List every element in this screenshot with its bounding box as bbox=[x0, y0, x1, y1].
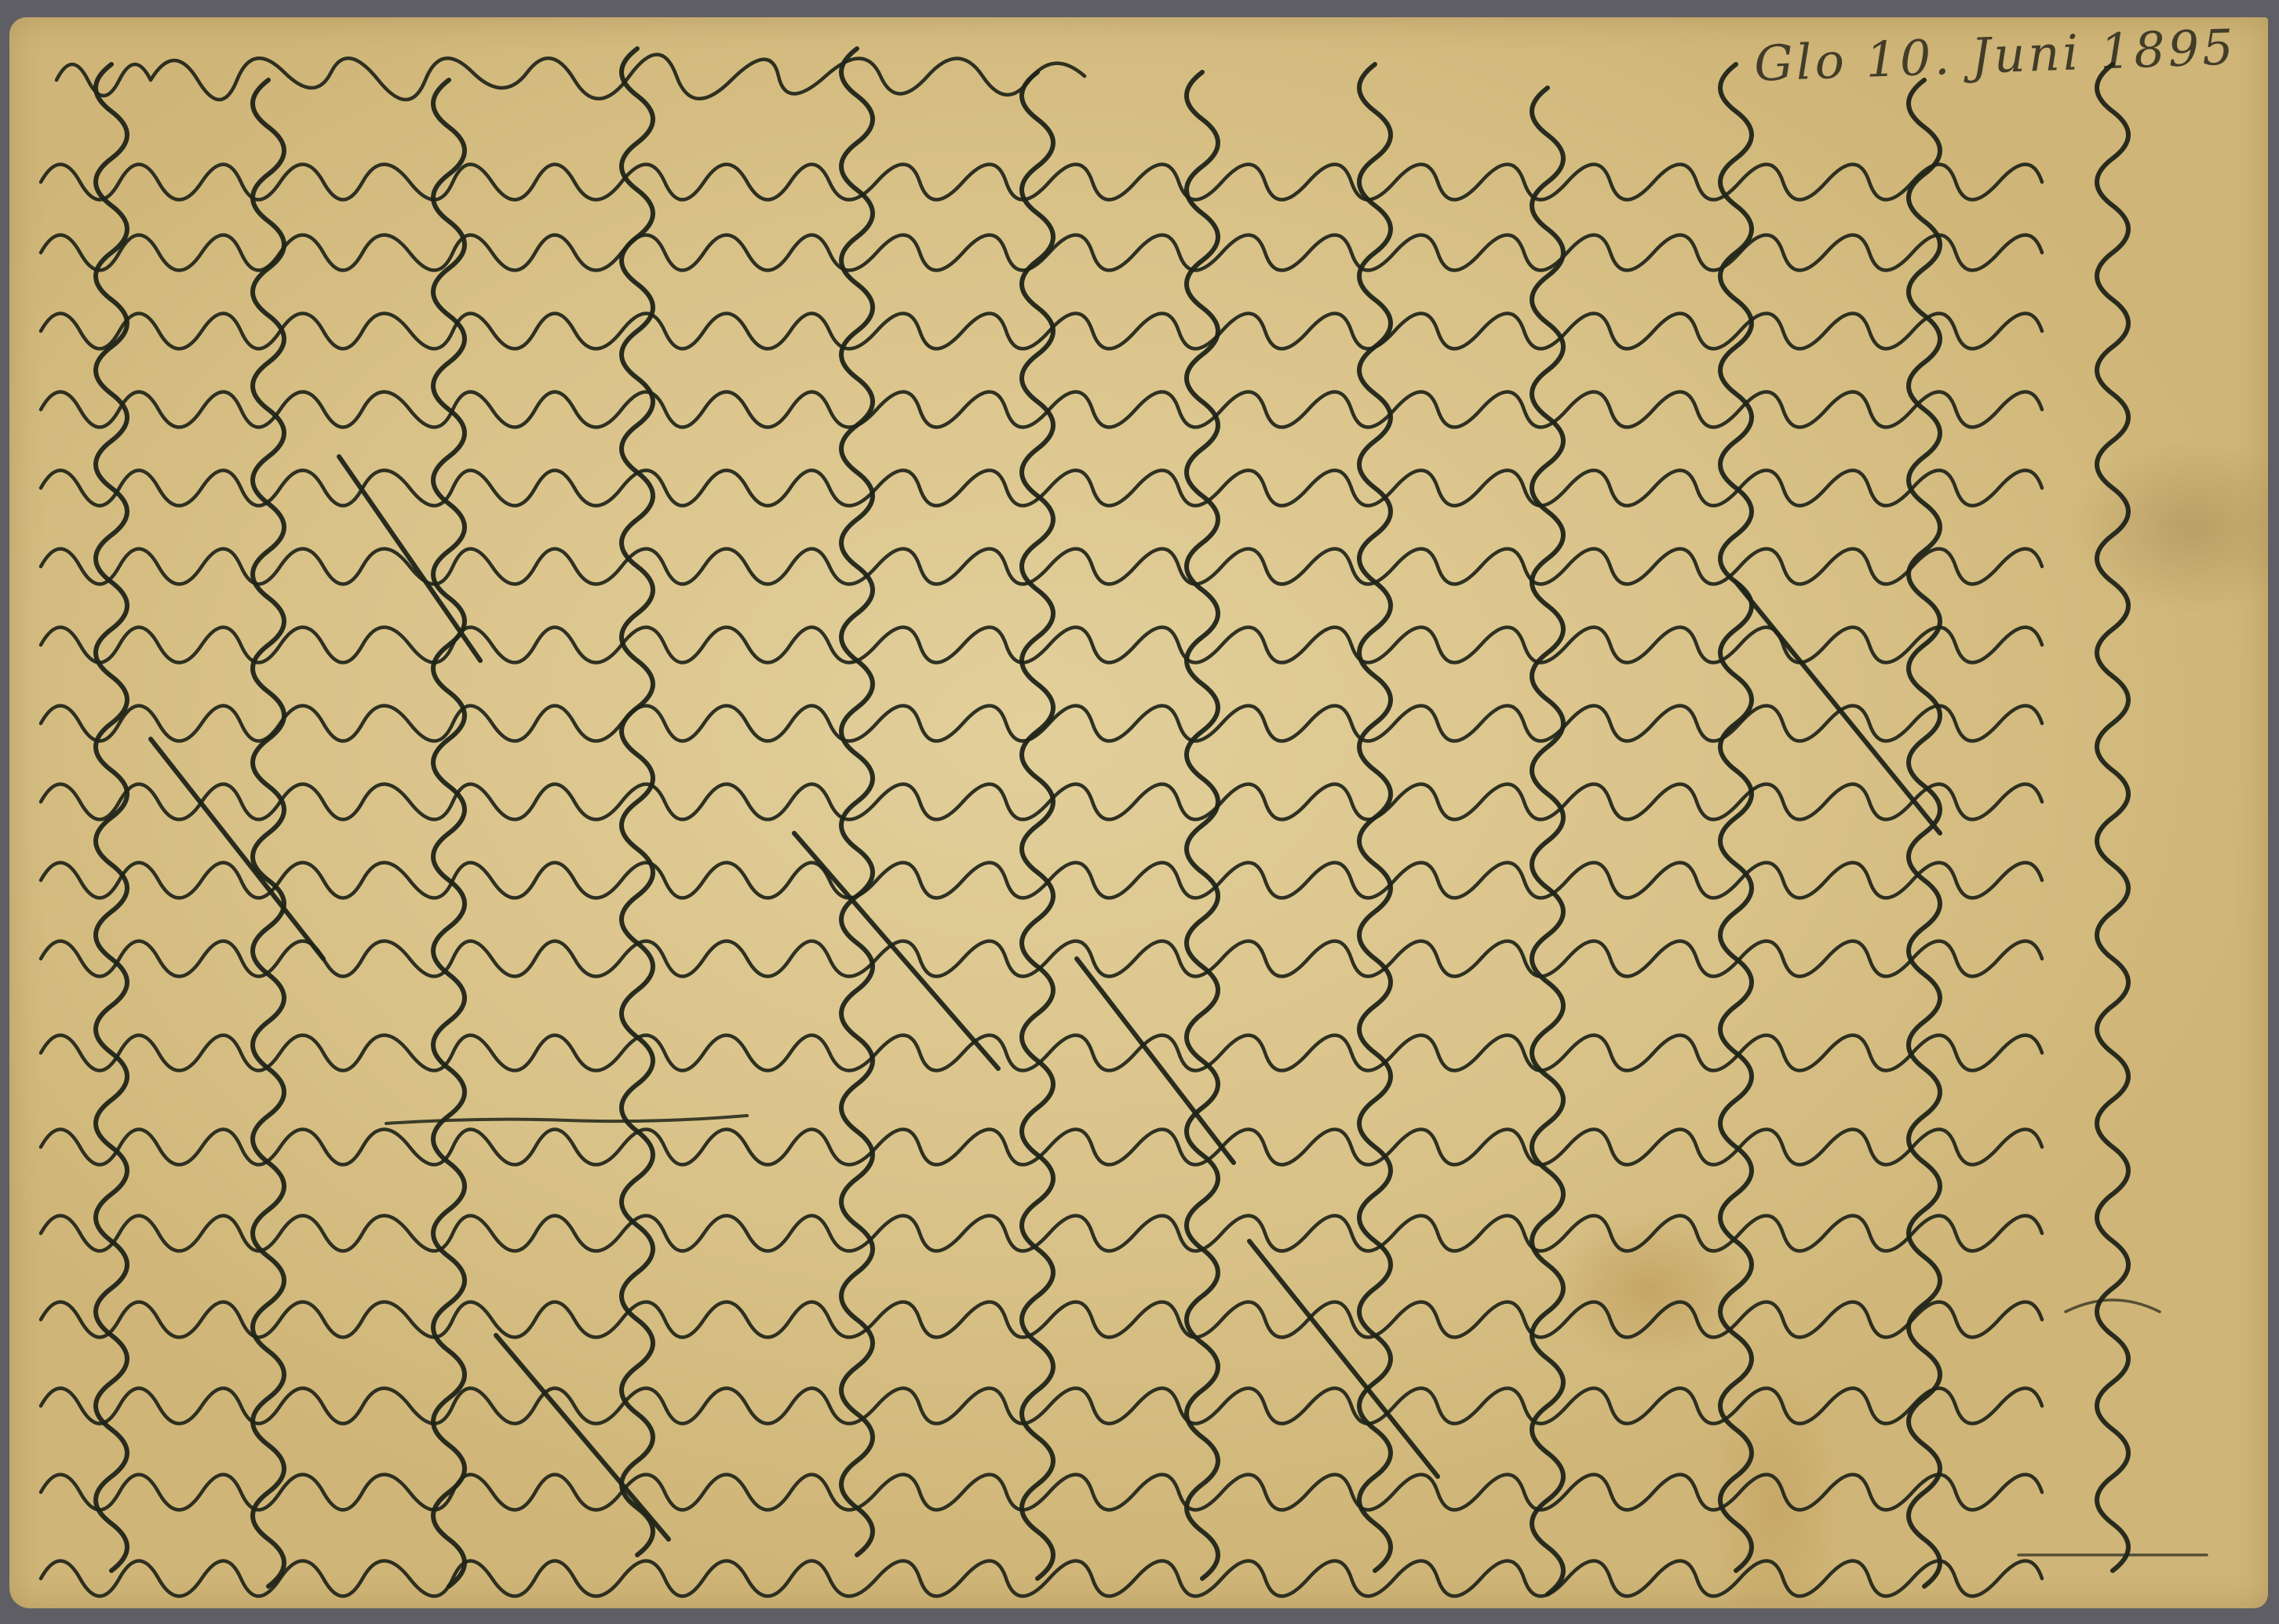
vertical-cross-writing bbox=[96, 49, 2207, 1594]
horizontal-writing bbox=[41, 55, 2042, 1597]
postcard: Glo 10. Juni 1895 bbox=[9, 17, 2268, 1608]
handwriting-ink bbox=[9, 17, 2268, 1608]
